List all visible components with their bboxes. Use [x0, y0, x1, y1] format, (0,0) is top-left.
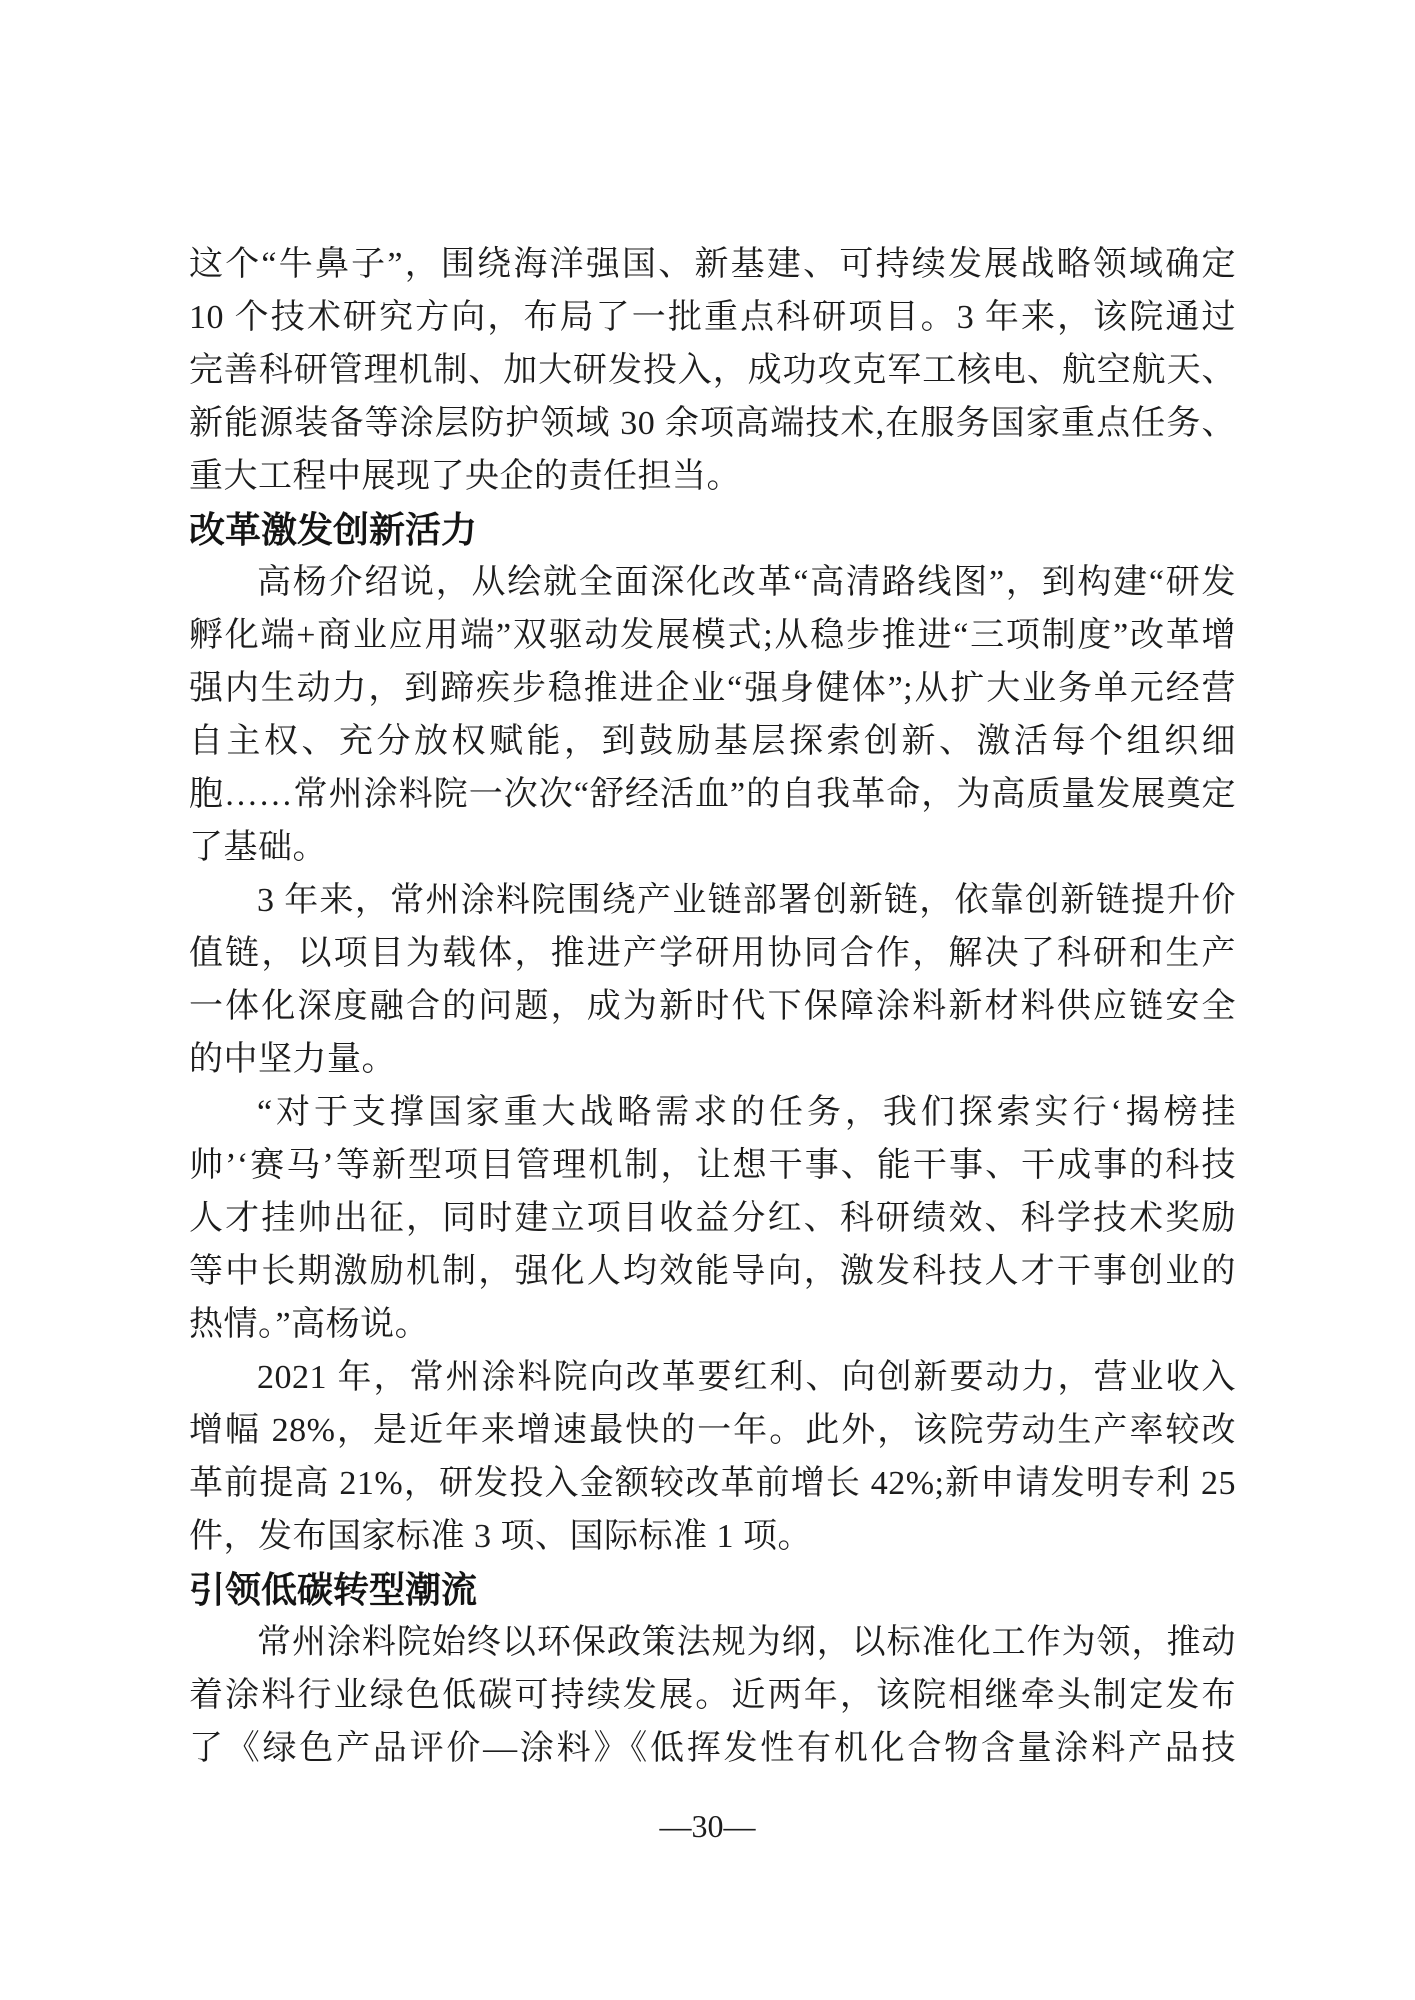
text-line: 增幅 28%，是近年来增速最快的一年。此外，该院劳动生产率较改	[189, 1404, 1236, 1457]
para-opening-continued: 这个“牛鼻子”，围绕海洋强国、新基建、可持续发展战略领域确定10 个技术研究方向…	[189, 238, 1236, 503]
text-line: 孵化端+商业应用端”双驱动发展模式;从稳步推进“三项制度”改革增	[189, 609, 1236, 662]
text-line: 常州涂料院始终以环保政策法规为纲，以标准化工作为领，推动	[189, 1616, 1236, 1669]
text-line: 着涂料行业绿色低碳可持续发展。近两年，该院相继牵头制定发布	[189, 1669, 1236, 1722]
document-page: 这个“牛鼻子”，围绕海洋强国、新基建、可持续发展战略领域确定10 个技术研究方向…	[0, 0, 1415, 2000]
text-line: “对于支撑国家重大战略需求的任务，我们探索实行‘揭榜挂	[189, 1086, 1236, 1139]
text-line: 一体化深度融合的问题，成为新时代下保障涂料新材料供应链安全	[189, 980, 1236, 1033]
para-green-standards: 常州涂料院始终以环保政策法规为纲，以标准化工作为领，推动着涂料行业绿色低碳可持续…	[189, 1616, 1236, 1775]
para-innovation-chain: 3 年来，常州涂料院围绕产业链部署创新链，依靠创新链提升价值链，以项目为载体，推…	[189, 874, 1236, 1086]
text-line: 高杨介绍说，从绘就全面深化改革“高清路线图”，到构建“研发	[189, 556, 1236, 609]
text-line: 人才挂帅出征，同时建立项目收益分红、科研绩效、科学技术奖励	[189, 1192, 1236, 1245]
text-line: 10 个技术研究方向，布局了一批重点科研项目。3 年来，该院通过	[189, 291, 1236, 344]
text-line: 的中坚力量。	[189, 1033, 1236, 1086]
text-line: 2021 年，常州涂料院向改革要红利、向创新要动力，营业收入	[189, 1351, 1236, 1404]
text-line: 胞……常州涂料院一次次“舒经活血”的自我革命，为高质量发展奠定	[189, 768, 1236, 821]
text-line: 重大工程中展现了央企的责任担当。	[189, 450, 1236, 503]
text-line: 完善科研管理机制、加大研发投入，成功攻克军工核电、航空航天、	[189, 344, 1236, 397]
text-line: 3 年来，常州涂料院围绕产业链部署创新链，依靠创新链提升价	[189, 874, 1236, 927]
heading-reform-vitality: 改革激发创新活力	[189, 503, 1236, 556]
para-2021-results: 2021 年，常州涂料院向改革要红利、向创新要动力，营业收入增幅 28%，是近年…	[189, 1351, 1236, 1563]
text-line: 强内生动力，到蹄疾步稳推进企业“强身健体”;从扩大业务单元经营	[189, 662, 1236, 715]
heading-low-carbon: 引领低碳转型潮流	[189, 1563, 1236, 1616]
document-content: 这个“牛鼻子”，围绕海洋强国、新基建、可持续发展战略领域确定10 个技术研究方向…	[189, 238, 1236, 1775]
text-line: 这个“牛鼻子”，围绕海洋强国、新基建、可持续发展战略领域确定	[189, 238, 1236, 291]
para-talent-mechanism: “对于支撑国家重大战略需求的任务，我们探索实行‘揭榜挂帅’‘赛马’等新型项目管理…	[189, 1086, 1236, 1351]
text-line: 了基础。	[189, 821, 1236, 874]
text-line: 值链，以项目为载体，推进产学研用协同合作，解决了科研和生产	[189, 927, 1236, 980]
text-line: 件，发布国家标准 3 项、国际标准 1 项。	[189, 1510, 1236, 1563]
text-line: 了《绿色产品评价—涂料》《低挥发性有机化合物含量涂料产品技	[189, 1722, 1236, 1775]
text-line: 等中长期激励机制，强化人均效能导向，激发科技人才干事创业的	[189, 1245, 1236, 1298]
text-line: 革前提高 21%，研发投入金额较改革前增长 42%;新申请发明专利 25	[189, 1457, 1236, 1510]
text-line: 帅’‘赛马’等新型项目管理机制，让想干事、能干事、干成事的科技	[189, 1139, 1236, 1192]
para-reform-roadmap: 高杨介绍说，从绘就全面深化改革“高清路线图”，到构建“研发孵化端+商业应用端”双…	[189, 556, 1236, 874]
text-line: 热情。”高杨说。	[189, 1298, 1236, 1351]
text-line: 自主权、充分放权赋能，到鼓励基层探索创新、激活每个组织细	[189, 715, 1236, 768]
page-number: —30—	[0, 1806, 1415, 1846]
text-line: 新能源装备等涂层防护领域 30 余项高端技术,在服务国家重点任务、	[189, 397, 1236, 450]
